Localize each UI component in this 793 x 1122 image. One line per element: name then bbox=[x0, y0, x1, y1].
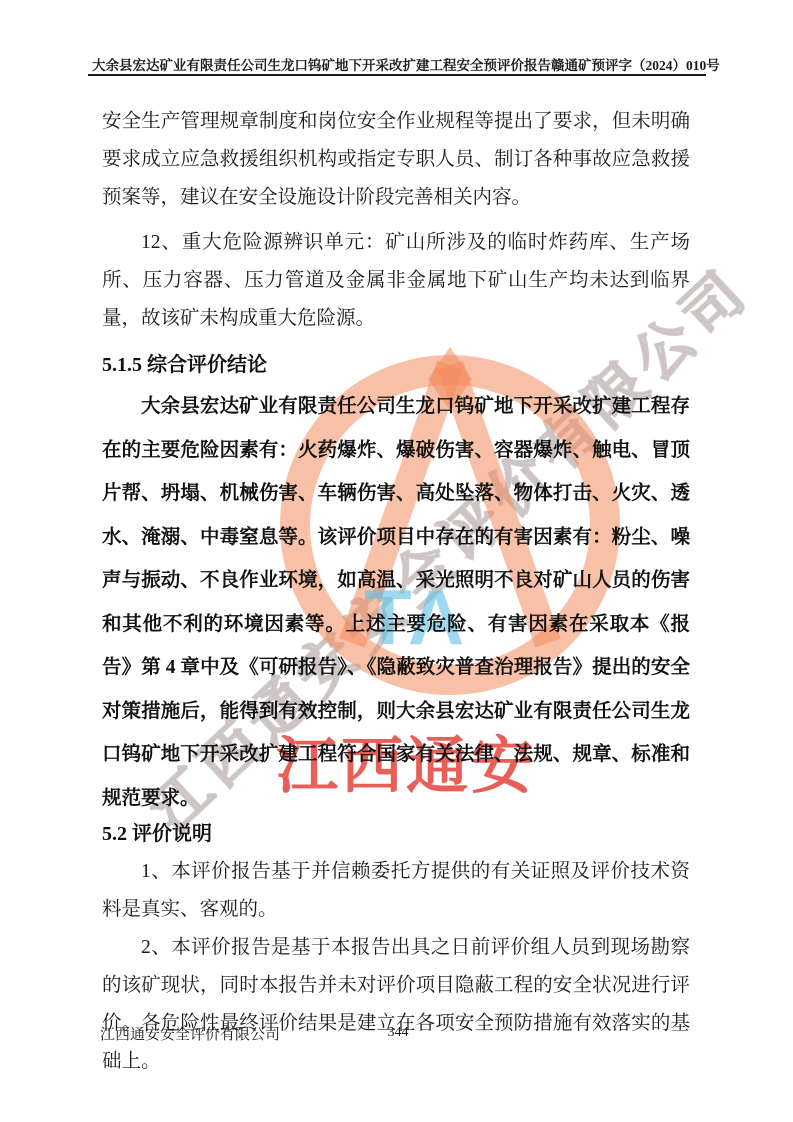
section-heading-5-1-5: 5.1.5 综合评价结论 bbox=[102, 352, 690, 378]
body-text-column: 安全生产管理规章制度和岗位安全作业规程等提出了要求，但未明确要求成立应急救援组织… bbox=[102, 103, 690, 1081]
footer-company-name: 江西通安安全评价有限公司 bbox=[100, 1023, 280, 1044]
header-doc-number: 赣通矿预评字（2024）010号 bbox=[551, 54, 720, 74]
page-header: 大余县宏达矿业有限责任公司生龙口钨矿地下开采改扩建工程安全预评价报告 赣通矿预评… bbox=[92, 54, 704, 74]
paragraph-regulations: 安全生产管理规章制度和岗位安全作业规程等提出了要求，但未明确要求成立应急救援组织… bbox=[102, 103, 690, 217]
paragraph-conclusion: 大余县宏达矿业有限责任公司生龙口钨矿地下开采改扩建工程存在的主要危险因素有：火药… bbox=[102, 385, 690, 820]
section-heading-5-2: 5.2 评价说明 bbox=[102, 821, 690, 847]
paragraph-major-hazard: 12、重大危险源辨识单元：矿山所涉及的临时炸药库、生产场所、压力容器、压力管道及… bbox=[102, 224, 690, 338]
header-report-title: 大余县宏达矿业有限责任公司生龙口钨矿地下开采改扩建工程安全预评价报告 bbox=[92, 54, 551, 74]
page-content: 大余县宏达矿业有限责任公司生龙口钨矿地下开采改扩建工程安全预评价报告 赣通矿预评… bbox=[0, 0, 793, 1122]
document-page: 江西通安安全评价有限公司 TA 江西通安 大余县宏达矿业有限责任公司生龙口钨矿地… bbox=[0, 0, 793, 1122]
paragraph-note-2: 2、本评价报告是基于本报告出具之日前评价组人员到现场勘察的该矿现状，同时本报告并… bbox=[102, 929, 690, 1081]
header-rule bbox=[88, 74, 706, 76]
footer-page-number: 344 bbox=[368, 1025, 428, 1041]
paragraph-note-1: 1、本评价报告基于并信赖委托方提供的有关证照及评价技术资料是真实、客观的。 bbox=[102, 853, 690, 929]
